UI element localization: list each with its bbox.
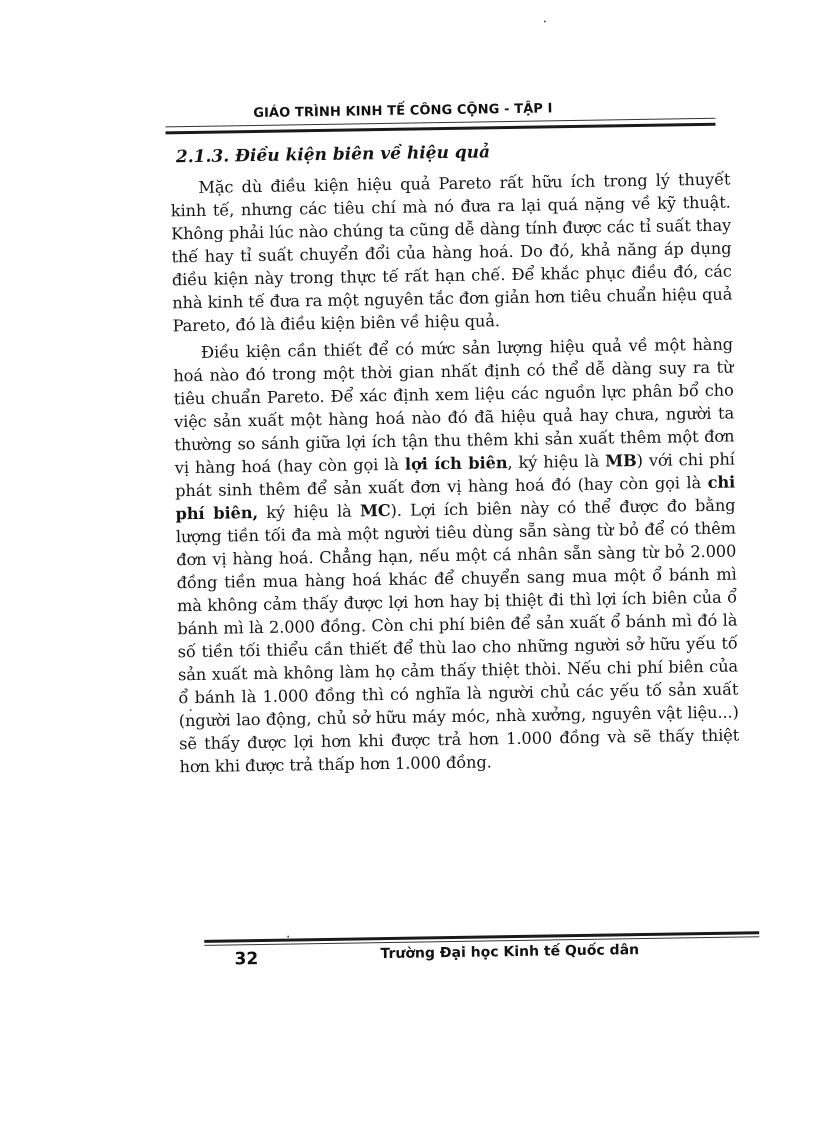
document-page: GIÁO TRÌNH KINH TẾ CÔNG CỘNG - TẬP I 2.1… [0, 0, 816, 1123]
section-heading: 2.1.3. Điều kiện biên về hiệu quả [176, 136, 730, 171]
scan-speck [544, 20, 546, 22]
paragraph-2-text: ). Lợi ích biên này có thể được đo bằng … [176, 496, 739, 777]
book-title: GIÁO TRÌNH KINH TẾ CÔNG CỘNG - TẬP I [253, 101, 552, 121]
term-marginal-benefit: lợi ích biên [405, 453, 508, 474]
paragraph-1: Mặc dù điều kiện hiệu quả Pareto rất hữu… [170, 168, 732, 338]
abbr-mc: MC [360, 501, 391, 520]
scan-speck [190, 709, 192, 711]
scan-speck [287, 936, 289, 938]
running-footer: 32 Trường Đại học Kinh tế Quốc dân [204, 927, 760, 976]
paragraph-2-text: , ký hiệu là [507, 452, 605, 473]
page-number: 32 [234, 949, 258, 969]
page-body: 2.1.3. Điều kiện biên về hiệu quả Mặc dù… [170, 136, 740, 783]
paragraph-2-text: ký hiệu là [258, 501, 360, 522]
running-header: GIÁO TRÌNH KINH TẾ CÔNG CỘNG - TẬP I [165, 91, 716, 140]
paragraph-2: Điều kiện cần thiết để có mức sản lượng … [173, 333, 740, 779]
abbr-mb: MB [605, 451, 637, 470]
institution-name: Trường Đại học Kinh tế Quốc dân [380, 942, 639, 962]
